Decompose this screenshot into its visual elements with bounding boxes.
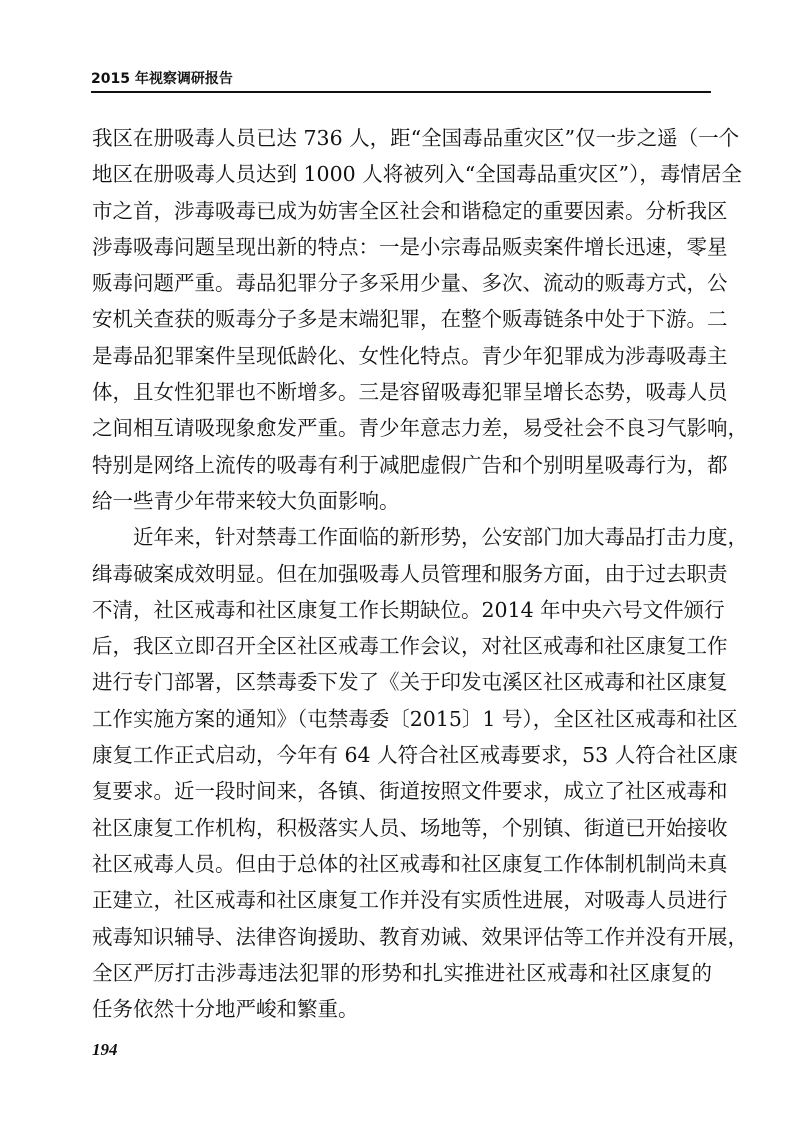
paragraph-2: 近年来，针对禁毒工作面临的新形势，公安部门加大毒品打击力度， 缉毒破案成效明显。… — [92, 519, 712, 1027]
text-line: 正建立，社区戒毒和社区康复工作并没有实质性进展，对吸毒人员进行 — [92, 882, 712, 918]
text-line: 是毒品犯罪案件呈现低龄化、女性化特点。青少年犯罪成为涉毒吸毒主 — [92, 338, 712, 374]
text-line: 工作实施方案的通知》（屯禁毒委〔2015〕1 号），全区社区戒毒和社区 — [92, 701, 712, 737]
page-number: 194 — [92, 1040, 118, 1060]
text-line: 后，我区立即召开全区社区戒毒工作会议，对社区戒毒和社区康复工作 — [92, 628, 712, 664]
text-line: 进行专门部署，区禁毒委下发了《关于印发屯溪区社区戒毒和社区康复 — [92, 664, 712, 700]
text-line: 社区戒毒人员。但由于总体的社区戒毒和社区康复工作体制机制尚未真 — [92, 846, 712, 882]
text-line: 戒毒知识辅导、法律咨询援助、教育劝诫、效果评估等工作并没有开展， — [92, 919, 712, 955]
text-line: 康复工作正式启动，今年有 64 人符合社区戒毒要求，53 人符合社区康 — [92, 737, 712, 773]
text-line: 我区在册吸毒人员已达 736 人，距“全国毒品重灾区”仅一步之遥（一个 — [92, 120, 712, 156]
text-line: 市之首，涉毒吸毒已成为妨害全区社会和谐稳定的重要因素。分析我区 — [92, 193, 712, 229]
text-line: 不清，社区戒毒和社区康复工作长期缺位。2014 年中央六号文件颁行 — [92, 592, 712, 628]
text-line: 安机关查获的贩毒分子多是末端犯罪，在整个贩毒链条中处于下游。二 — [92, 301, 712, 337]
text-line: 复要求。近一段时间来，各镇、街道按照文件要求，成立了社区戒毒和 — [92, 773, 712, 809]
text-line: 社区康复工作机构，积极落实人员、场地等，个别镇、街道已开始接收 — [92, 810, 712, 846]
text-line: 贩毒问题严重。毒品犯罪分子多采用少量、多次、流动的贩毒方式，公 — [92, 265, 712, 301]
text-line: 涉毒吸毒问题呈现出新的特点：一是小宗毒品贩卖案件增长迅速，零星 — [92, 229, 712, 265]
header-rule — [91, 91, 711, 93]
text-line: 给一些青少年带来较大负面影响。 — [92, 483, 712, 519]
text-line: 缉毒破案成效明显。但在加强吸毒人员管理和服务方面，由于过去职责 — [92, 556, 712, 592]
running-header: 2015 年视察调研报告 — [91, 68, 233, 88]
text-line: 近年来，针对禁毒工作面临的新形势，公安部门加大毒品打击力度， — [92, 519, 712, 555]
text-line: 全区严厉打击涉毒违法犯罪的形势和扎实推进社区戒毒和社区康复的 — [92, 955, 712, 991]
text-line: 地区在册吸毒人员达到 1000 人将被列入“全国毒品重灾区”），毒情居全 — [92, 156, 712, 192]
text-line: 体，且女性犯罪也不断增多。三是容留吸毒犯罪呈增长态势，吸毒人员 — [92, 374, 712, 410]
paragraph-1: 我区在册吸毒人员已达 736 人，距“全国毒品重灾区”仅一步之遥（一个 地区在册… — [92, 120, 712, 519]
body-text: 我区在册吸毒人员已达 736 人，距“全国毒品重灾区”仅一步之遥（一个 地区在册… — [92, 120, 712, 1027]
text-line: 任务依然十分地严峻和繁重。 — [92, 991, 712, 1027]
text-line: 之间相互请吸现象愈发严重。青少年意志力差，易受社会不良习气影响， — [92, 410, 712, 446]
text-line: 特别是网络上流传的吸毒有利于减肥虚假广告和个别明星吸毒行为，都 — [92, 447, 712, 483]
